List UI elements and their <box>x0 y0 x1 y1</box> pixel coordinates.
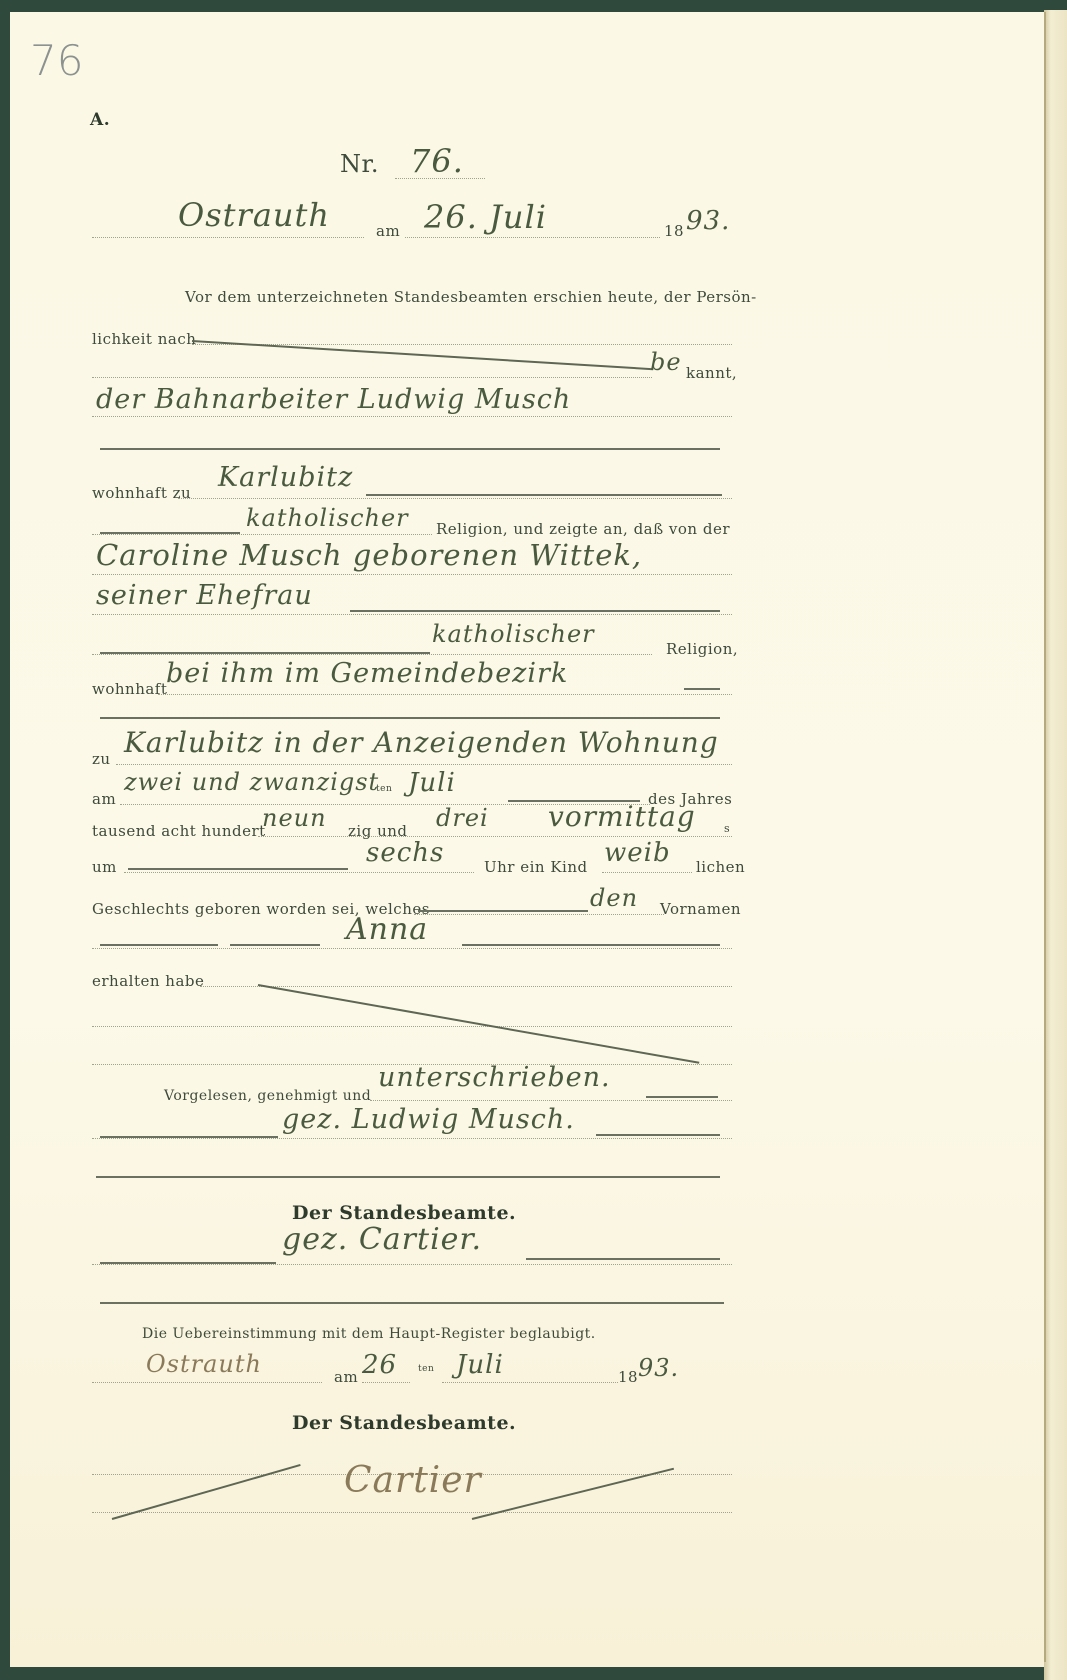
residence-value: Karlubitz <box>218 462 353 493</box>
year-decade: neun <box>262 804 327 832</box>
child-sex: weib <box>604 838 671 868</box>
mother-residence-label: wohnhaft <box>92 680 167 698</box>
year-unit: drei <box>436 804 489 832</box>
cert-day: 26 <box>362 1350 397 1380</box>
cert-day-suffix: ten <box>418 1364 434 1374</box>
identity-suffix: kannt, <box>686 364 737 382</box>
gutter-edge <box>1044 12 1046 1662</box>
official-signature-2: Cartier <box>344 1460 482 1501</box>
birth-day: zwei und zwanzigst <box>124 768 379 796</box>
year-text-prefix: tausend acht hundert <box>92 822 266 840</box>
official-title-1: Der Standesbeamte. <box>292 1202 516 1224</box>
child-name: Anna <box>346 912 428 947</box>
religion-suffix: Religion, und zeigte an, daß von der <box>436 520 730 538</box>
date-prefix: am <box>376 222 400 240</box>
birth-month: Juli <box>408 768 456 798</box>
official-title-2: Der Standesbeamte. <box>292 1412 516 1434</box>
cert-year-prefix: 18 <box>618 1368 638 1386</box>
read-line-label: Vorgelesen, genehmigt und <box>164 1088 371 1104</box>
mother-religion: katholischer <box>432 620 595 648</box>
certification-line: Die Uebereinstimmung mit dem Haupt-Regis… <box>142 1326 596 1342</box>
birth-day-suffix: ten <box>376 784 392 794</box>
mother-relation: seiner Ehefrau <box>96 580 313 611</box>
pencil-page-number: 76 <box>30 36 83 85</box>
read-line-value: unterschrieben. <box>378 1062 611 1093</box>
registry-place: Ostrauth <box>178 196 330 234</box>
declarant-religion: katholischer <box>246 504 409 532</box>
registry-date: 26. Juli <box>424 198 547 236</box>
intro-line: Vor dem unterzeichneten Standesbeamten e… <box>185 288 757 306</box>
mother-religion-label: Religion, <box>666 640 738 658</box>
birthplace-value: Karlubitz in der Anzeigenden Wohnung <box>124 726 719 759</box>
identity-handwritten: be <box>650 348 682 376</box>
cert-place: Ostrauth <box>146 1350 262 1378</box>
given-names-label: Vornamen <box>660 900 741 918</box>
residence-label: wohnhaft zu <box>92 484 191 502</box>
time-of-day: vormittag <box>548 800 696 833</box>
child-label: Uhr ein Kind <box>484 858 588 876</box>
hour-value: sechs <box>366 838 444 868</box>
number-label: Nr. <box>340 150 379 178</box>
form-letter: A. <box>90 110 110 130</box>
cert-date-prefix: am <box>334 1368 358 1386</box>
book-gutter <box>1044 10 1067 1680</box>
time-of-day-suffix: s <box>724 822 730 835</box>
birth-date-label: am <box>92 790 116 808</box>
received-label: erhalten habe <box>92 972 204 990</box>
year-prefix: 18 <box>664 222 684 240</box>
record-number: 76. <box>410 142 464 180</box>
birthplace-label: zu <box>92 750 111 768</box>
child-sex-suffix: lichen <box>696 858 745 876</box>
mother-residence-value: bei ihm im Gemeindebezirk <box>166 658 568 689</box>
official-signature-1: gez. Cartier. <box>282 1222 482 1257</box>
hour-label: um <box>92 858 117 876</box>
declarant-name: der Bahnarbeiter Ludwig Musch <box>96 384 571 415</box>
year-suffix: 93. <box>686 206 730 236</box>
identity-prefix: lichkeit nach <box>92 330 196 348</box>
mother-name: Caroline Musch geborenen Wittek, <box>96 538 642 572</box>
given-names-handwritten: den <box>590 884 638 912</box>
cert-month: Juli <box>456 1350 504 1380</box>
declarant-signature: gez. Ludwig Musch. <box>282 1104 575 1135</box>
cert-year-suffix: 93. <box>638 1354 679 1382</box>
